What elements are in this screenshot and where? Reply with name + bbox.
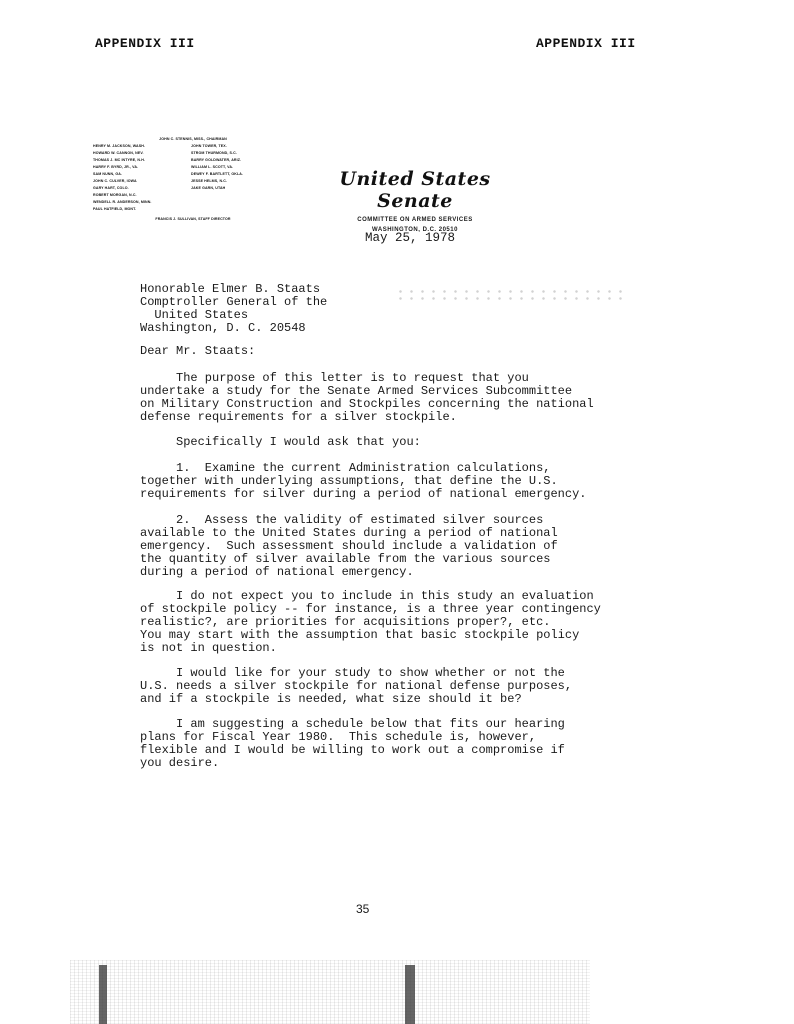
roster-member: BARRY GOLDWATER, ARIZ. <box>191 157 275 164</box>
page-number: 35 <box>356 902 369 916</box>
roster-member: DEWEY F. BARTLETT, OKLA. <box>191 171 275 178</box>
senate-title: United States Senate <box>315 168 515 212</box>
committee-name: COMMITTEE ON ARMED SERVICES <box>315 217 515 223</box>
roster-member: WILLIAM L. SCOTT, VA. <box>191 164 275 171</box>
roster-member: ROBERT MORGAN, N.C. <box>93 192 177 199</box>
scan-bar <box>99 965 107 1024</box>
paragraph-item-2: 2. Assess the validity of estimated silv… <box>140 514 640 579</box>
appendix-label-left: APPENDIX III <box>95 36 195 51</box>
salutation: Dear Mr. Staats: <box>140 345 640 358</box>
roster-left-column: HENRY M. JACKSON, WASH. HOWARD W. CANNON… <box>93 143 177 213</box>
appendix-label-right: APPENDIX III <box>536 36 636 51</box>
paragraph-study-goal: I would like for your study to show whet… <box>140 667 640 706</box>
scan-noise <box>70 960 590 1024</box>
roster-member: JOHN C. CULVER, IOWA <box>93 178 177 185</box>
roster-member: JOHN TOWER, TEX. <box>191 143 275 150</box>
roster-member: JESSE HELMS, N.C. <box>191 178 275 185</box>
chairman-line: JOHN C. STENNIS, MISS., CHAIRMAN <box>103 136 283 143</box>
roster-member: HENRY M. JACKSON, WASH. <box>93 143 177 150</box>
roster-member: STROM THURMOND, S.C. <box>191 150 275 157</box>
roster-member: WENDELL R. ANDERSON, MINN. <box>93 199 177 206</box>
scan-bar <box>405 965 415 1024</box>
document-page: APPENDIX III APPENDIX III JOHN C. STENNI… <box>0 0 794 1024</box>
committee-roster: JOHN C. STENNIS, MISS., CHAIRMAN HENRY M… <box>93 136 283 223</box>
roster-right-column: JOHN TOWER, TEX. STROM THURMOND, S.C. BA… <box>191 143 275 213</box>
paragraph-specifically: Specifically I would ask that you: <box>140 436 640 449</box>
paragraph-purpose: The purpose of this letter is to request… <box>140 372 640 424</box>
roster-member: GARY HART, COLO. <box>93 185 177 192</box>
roster-member: THOMAS J. MC INTYRE, N.H. <box>93 157 177 164</box>
roster-member: PAUL HATFIELD, MONT. <box>93 206 177 213</box>
roster-member: JAKE GARN, UTAH <box>191 185 275 192</box>
paragraph-item-1: 1. Examine the current Administration ca… <box>140 462 640 501</box>
staff-director-line: FRANCIS J. SULLIVAN, STAFF DIRECTOR <box>103 216 283 223</box>
roster-member: SAM NUNN, GA. <box>93 171 177 178</box>
letterhead-masthead: United States Senate COMMITTEE ON ARMED … <box>315 168 515 233</box>
addressee-block: Honorable Elmer B. Staats Comptroller Ge… <box>140 283 640 335</box>
paragraph-schedule: I am suggesting a schedule below that fi… <box>140 718 640 770</box>
letter-date: May 25, 1978 <box>365 231 455 245</box>
roster-member: HOWARD W. CANNON, NEV. <box>93 150 177 157</box>
paragraph-policy: I do not expect you to include in this s… <box>140 590 640 655</box>
roster-member: HARRY F. BYRD, JR., VA. <box>93 164 177 171</box>
